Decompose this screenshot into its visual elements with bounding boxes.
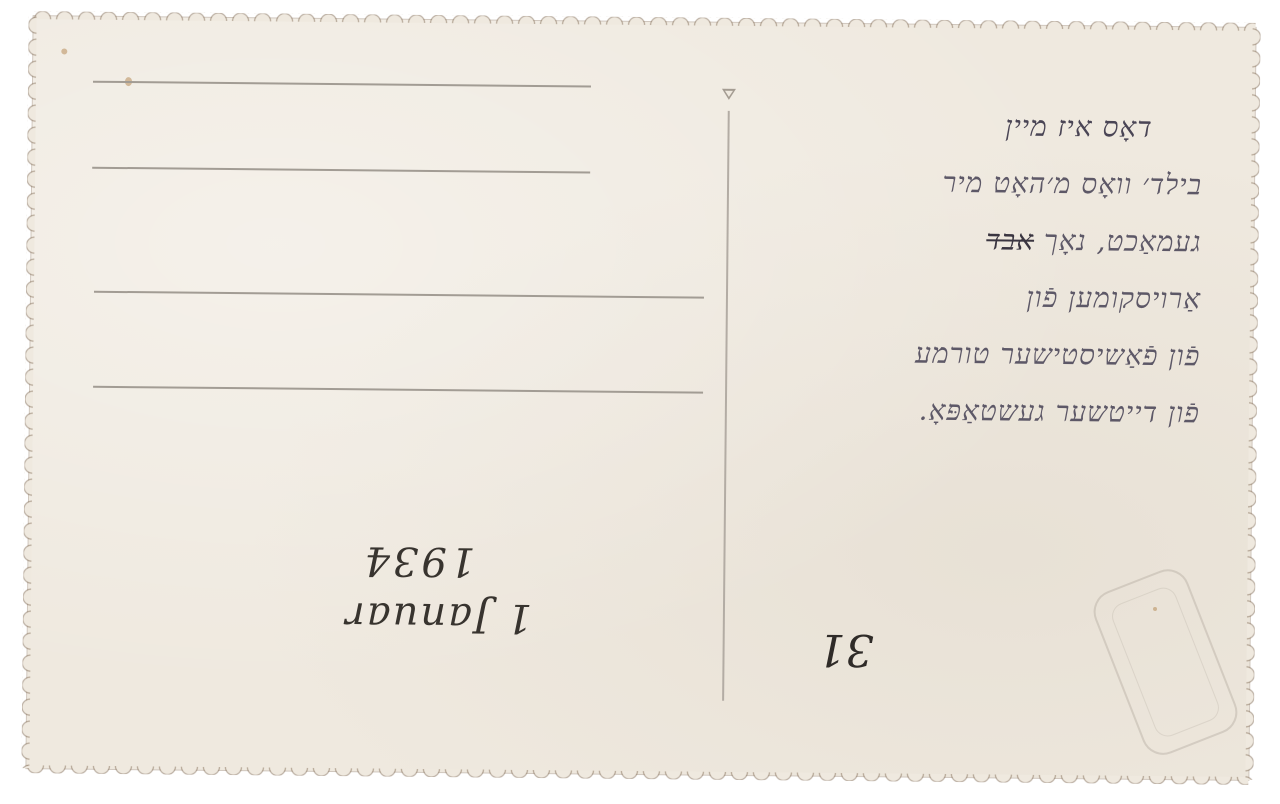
date-year: 1934 <box>238 531 639 591</box>
stain <box>61 48 67 54</box>
stamp-inner-border <box>1108 584 1223 741</box>
message-line-text: געמאַכט, נאָך <box>1044 224 1202 259</box>
stamp-impression <box>1087 563 1244 762</box>
date-day-month: 1 Januar <box>238 587 639 647</box>
postcard: דאָס איז מיין בילד׳ וואָס מ׳האָט מיר געמ… <box>26 16 1255 780</box>
message-line: דאָס איז מיין <box>732 95 1203 157</box>
scalloped-edge-top <box>34 11 1256 31</box>
message-line: אַרויסקומען פֿון <box>731 266 1202 328</box>
message-line: געמאַכט, נאָך אבד <box>731 209 1202 271</box>
scalloped-edge-right <box>1245 28 1260 780</box>
scalloped-edge-bottom <box>26 765 1248 785</box>
message-line: בילד׳ וואָס מ׳האָט מיר <box>732 152 1203 214</box>
scalloped-edge-left <box>21 16 36 768</box>
address-line-4 <box>93 386 703 394</box>
address-line-1 <box>93 81 591 88</box>
handwritten-date: 1 Januar 1934 <box>238 473 640 647</box>
struck-out-word: אבד <box>986 223 1034 256</box>
handwritten-message: דאָס איז מיין בילד׳ וואָס מ׳האָט מיר געמ… <box>730 95 1203 441</box>
archive-number: 31 <box>817 624 873 676</box>
address-line-2 <box>92 167 590 174</box>
center-divider <box>722 111 729 701</box>
message-line: פֿון פֿאַשיסטישער טורמע <box>730 323 1201 385</box>
message-line: פֿון דייטשער געשטאַפּאָ. <box>730 380 1201 442</box>
address-line-3 <box>94 291 704 299</box>
